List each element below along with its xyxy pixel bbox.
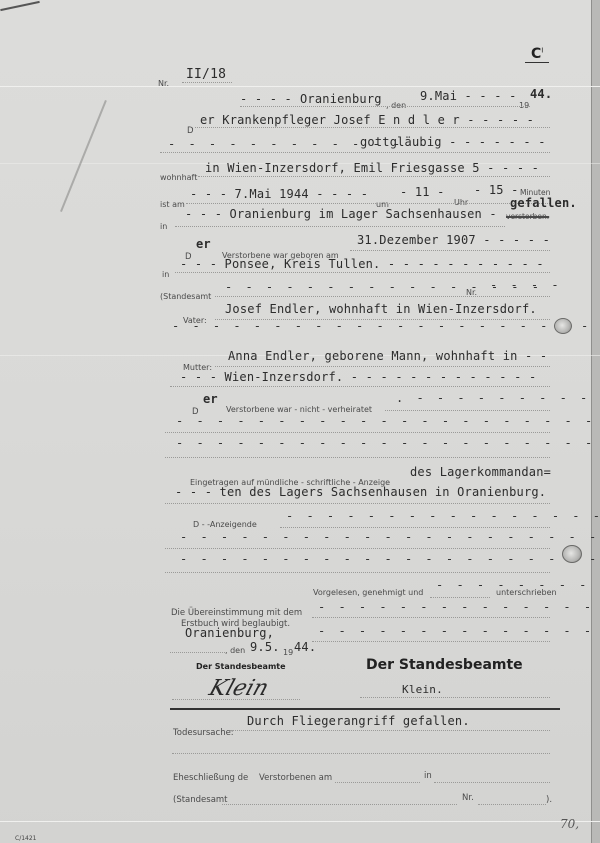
- anzeigende-rule-2: [165, 548, 550, 549]
- uebereinstimmung-label-1: Die Übereinstimmung mit dem: [171, 608, 302, 618]
- vorgelesen-label: Vorgelesen, genehmigt und: [313, 588, 423, 597]
- standesamt2-rule: [222, 804, 457, 805]
- vater-line2: - - - - - - - - - - - - - - - - - - - - …: [172, 319, 600, 333]
- mutter-rule: [215, 366, 550, 367]
- cert-date: 9.5.: [250, 640, 280, 654]
- corner-mark-sup: I: [541, 46, 543, 54]
- wohnhaft-value: in Wien-Inzersdorf, Emil Friesgasse 5 - …: [205, 161, 539, 175]
- death-date: - - - 7.Mai 1944 - - - -: [190, 187, 368, 201]
- eheschliessung-label: Eheschließung de: [173, 773, 248, 783]
- cert-den-label: , den: [225, 646, 245, 655]
- birth-in-label: in: [162, 270, 169, 279]
- sign-rule-2: [312, 641, 550, 642]
- ehe-date-rule: [335, 782, 420, 783]
- married-er: er: [203, 392, 218, 406]
- in-label: in: [160, 222, 167, 231]
- cert-place-rule: [170, 652, 225, 653]
- death-place-rule: [175, 226, 505, 227]
- form-code: C/1421: [15, 835, 36, 842]
- scan-artifact: [0, 86, 600, 87]
- married-rule-3: [165, 457, 550, 458]
- document-page: CI Nr. II/18 - - - - Oranienburg , den 9…: [0, 0, 600, 843]
- vater-value: Josef Endler, wohnhaft in Wien-Inzersdor…: [225, 302, 537, 316]
- anzeigende-label: D - -Anzeigende: [193, 520, 257, 529]
- anzeigende-line3: - - - - - - - - - - - - - - - - - - - - …: [180, 552, 600, 566]
- gefallen-text: gefallen.: [510, 196, 577, 210]
- nr-label: Nr.: [158, 79, 169, 88]
- corner-mark-letter: C: [531, 46, 541, 62]
- place-prefix-dashes: - - - -: [240, 92, 292, 106]
- place-line: [240, 106, 530, 107]
- eingetragen-value: des Lagerkommandan=: [410, 465, 551, 479]
- signature: Klein: [206, 676, 272, 701]
- standesamt2-nr-rule: [478, 804, 546, 805]
- cert-year-prefix: 19: [283, 648, 293, 657]
- standesamt-nr-dashes: - - - -: [490, 278, 562, 292]
- cert-year: 44.: [294, 640, 316, 654]
- nr-value: II/18: [186, 67, 226, 82]
- wohnhaft-label: wohnhaft: [160, 173, 197, 182]
- ehe-place-rule: [434, 782, 550, 783]
- married-rule-2: [165, 432, 550, 433]
- born-er: er: [196, 237, 211, 251]
- line1-rule: [195, 127, 550, 128]
- todesursache-value: Durch Fliegerangriff gefallen.: [247, 714, 470, 728]
- hour: - 11 -: [400, 185, 445, 199]
- verstorben-label: verstorben.: [506, 212, 549, 221]
- line2-value: gottgläubig - - - - - - -: [360, 135, 546, 149]
- anzeigende-dashes: - - - - - - - - - - - - - - - - - -: [286, 509, 600, 523]
- standesamt-rule: [215, 296, 550, 297]
- standesamt2-label: (Standesamt: [173, 795, 228, 805]
- anzeigende-line2: - - - - - - - - - - - - - - - - - - - - …: [180, 530, 600, 544]
- ehe-in-label: in: [424, 771, 432, 781]
- sign-dashes-2: - - - - - - - - - - - - - - - -: [318, 624, 600, 638]
- ist-am-rule: [186, 203, 550, 204]
- sign-dashes-1: - - - - - - - - - - - - - - - -: [318, 600, 600, 614]
- married-label: Verstorbene war - nicht - verheiratet: [226, 405, 372, 414]
- standesamt2-close: ).: [546, 795, 552, 805]
- nr-line: [182, 82, 232, 83]
- pencil-mark: [60, 100, 107, 212]
- signature-rule: [172, 699, 300, 700]
- page-number: 70,: [560, 817, 579, 831]
- unterschrieben-label: unterschrieben: [496, 588, 557, 597]
- eingetragen-rule: [165, 503, 550, 504]
- born-rule: [350, 250, 550, 251]
- anzeigende-rule: [280, 527, 550, 528]
- vorgelesen-rule: [430, 597, 490, 598]
- wohnhaft-rule: [198, 176, 550, 177]
- todesursache-rule: [230, 730, 550, 731]
- line1-label: D: [187, 126, 194, 136]
- married-line3: - - - - - - - - - - - - - - - - - - - - …: [176, 436, 600, 450]
- sign-rule-1: [312, 617, 550, 618]
- married-dashes: . - - - - - - - - - -: [396, 391, 600, 405]
- standesbeamte-rule: [360, 697, 550, 698]
- todesursache-label: Todesursache:: [173, 728, 234, 738]
- scan-artifact: [0, 821, 600, 822]
- birth-place: - - - Ponsee, Kreis Tullen. - - - - - - …: [180, 257, 544, 271]
- married-rule: [385, 410, 550, 411]
- verstorbenen-am-label: Verstorbenen am: [259, 773, 332, 783]
- standesamt-label: (Standesamt: [160, 292, 211, 301]
- date-day-month: 9.Mai - - - -: [420, 89, 517, 103]
- corner-mark: CI: [525, 46, 549, 63]
- ist-am-label: ist am: [160, 200, 185, 209]
- punch-hole: [554, 318, 572, 334]
- section-divider: [170, 708, 560, 710]
- punch-hole: [562, 545, 582, 563]
- standesbeamte-small: Der Standesbeamte: [196, 662, 286, 671]
- pen-mark: [0, 1, 40, 11]
- place: Oranienburg: [300, 92, 382, 106]
- line2-rule: [160, 152, 550, 153]
- birth-date: 31.Dezember 1907 - - - - -: [357, 233, 550, 247]
- minute: - 15 -: [474, 183, 519, 197]
- mutter-value: Anna Endler, geborene Mann, wohnhaft in …: [228, 349, 547, 363]
- cert-place: Oranienburg,: [185, 626, 274, 640]
- year-suffix: 44.: [530, 87, 552, 101]
- eingetragen-line2: - - - ten des Lagers Sachsenhausen in Or…: [175, 485, 546, 499]
- mutter-rule-2: [170, 386, 550, 387]
- standesamt2-nr-label: Nr.: [462, 793, 474, 803]
- death-place: - - - Oranienburg im Lager Sachsenhausen…: [185, 207, 497, 221]
- birth-place-rule: [175, 272, 550, 273]
- todesursache-rule-2: [172, 753, 550, 754]
- line1-value: er Krankenpfleger Josef E n d l e r - - …: [200, 113, 534, 127]
- standesbeamte-big: Der Standesbeamte: [366, 657, 523, 673]
- married-line2: - - - - - - - - - - - - - - - - - - - - …: [176, 414, 600, 428]
- mutter-line2: - - - Wien-Inzersdorf. - - - - - - - - -…: [180, 370, 536, 384]
- anzeigende-rule-3: [165, 572, 550, 573]
- standesbeamte-name: Klein.: [402, 683, 443, 696]
